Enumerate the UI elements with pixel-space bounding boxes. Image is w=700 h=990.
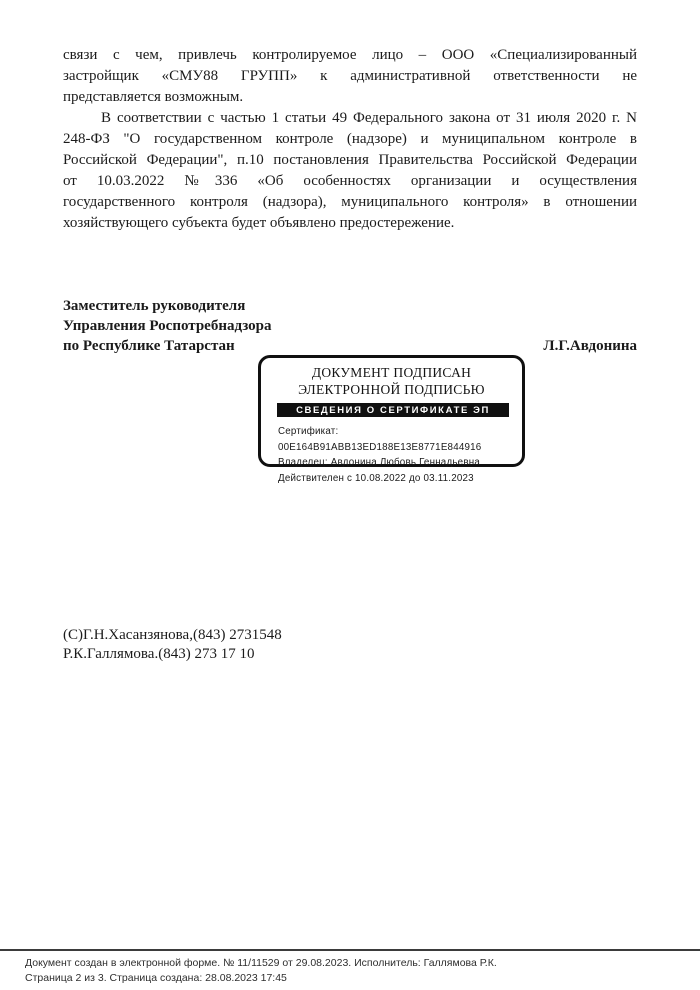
text-line: государственного контроля (надзора), мун… [63,192,637,213]
text-line: хозяйствующего субъекта будет объявлено … [63,213,637,234]
paragraph-2: В соответствии с частью 1 статьи 49 Феде… [63,108,637,234]
certificate-details: Сертификат: 00E164B91ABB13ED188E13E8771E… [278,424,514,486]
contact-line: (С)Г.Н.Хасанзянова,(843) 2731548 [63,626,282,645]
text-line: Российской Федерации", п.10 постановлени… [63,150,637,171]
text-line: представляется возможным. [63,87,637,108]
footer-page-line: Страница 2 из 3. Страница создана: 28.08… [25,971,497,986]
footer-divider [0,949,700,951]
signer-title-line: по Республике Татарстан [63,336,272,356]
stamp-title-line1: ДОКУМЕНТ ПОДПИСАН [261,365,522,382]
contact-line: Р.К.Галлямова.(843) 273 17 10 [63,645,282,664]
certificate-validity-line: Действителен с 10.08.2022 до 03.11.2023 [278,471,514,487]
stamp-title: ДОКУМЕНТ ПОДПИСАН ЭЛЕКТРОННОЙ ПОДПИСЬЮ [261,365,522,398]
certificate-number-line: Сертификат: 00E164B91ABB13ED188E13E8771E… [278,424,514,455]
text-line: застройщик «СМУ88 ГРУПП» к административ… [63,66,637,87]
stamp-title-line2: ЭЛЕКТРОННОЙ ПОДПИСЬЮ [261,382,522,399]
text-line: В соответствии с частью 1 статьи 49 Феде… [63,108,637,129]
digital-signature-stamp: ДОКУМЕНТ ПОДПИСАН ЭЛЕКТРОННОЙ ПОДПИСЬЮ С… [258,355,525,467]
document-page: связи с чем, привлечь контролируемое лиц… [0,0,700,990]
signer-name: Л.Г.Авдонина [543,336,637,356]
certificate-info-bar: СВЕДЕНИЯ О СЕРТИФИКАТЕ ЭП [277,403,509,417]
text-line: 248-ФЗ "О государственном контроле (надз… [63,129,637,150]
page-footer: Документ создан в электронной форме. № 1… [25,956,497,985]
signer-title: Заместитель руководителяУправления Роспо… [63,296,272,356]
paragraph-1: связи с чем, привлечь контролируемое лиц… [63,45,637,108]
executor-contacts: (С)Г.Н.Хасанзянова,(843) 2731548Р.К.Галл… [63,626,282,664]
footer-meta-line: Документ создан в электронной форме. № 1… [25,956,497,971]
certificate-owner-line: Владелец: Авдонина Любовь Геннадьевна [278,455,514,471]
signer-title-line: Заместитель руководителя [63,296,272,316]
text-line: от 10.03.2022 №336 «Об особенностях орга… [63,171,637,192]
body-text: связи с чем, привлечь контролируемое лиц… [63,45,637,234]
text-line: связи с чем, привлечь контролируемое лиц… [63,45,637,66]
signer-title-line: Управления Роспотребнадзора [63,316,272,336]
signature-block: Заместитель руководителяУправления Роспо… [63,296,637,356]
